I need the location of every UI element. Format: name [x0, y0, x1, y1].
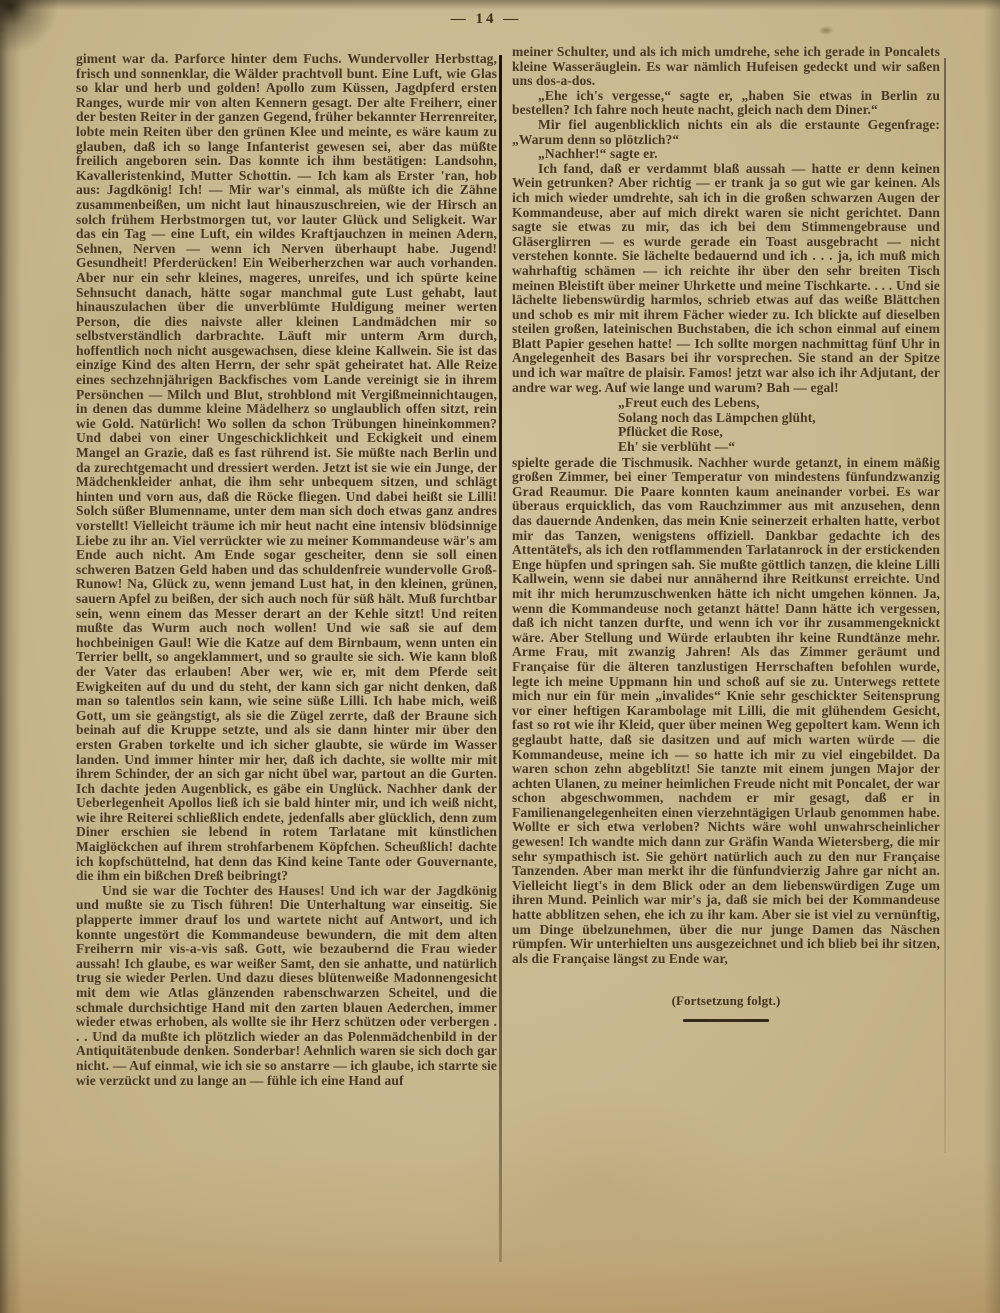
- verse-line: Pflücket die Rose,: [618, 425, 940, 440]
- paragraph: Und sie war die Tochter des Hauses! Und …: [76, 884, 497, 1088]
- page-edge-rule: [944, 58, 946, 1153]
- paragraph: Ich fand, daß er verdammt blaß aussah — …: [512, 162, 940, 396]
- text-column-right: meiner Schulter, und als ich mich umdreh…: [512, 45, 940, 1280]
- text-column-left: giment war da. Parforce hinter dem Fuchs…: [76, 52, 497, 1267]
- verse-line: Solang noch das Lämpchen glüht,: [618, 411, 940, 426]
- paragraph: „Nachher!“ sagte er.: [512, 147, 940, 162]
- paragraph: meiner Schulter, und als ich mich umdreh…: [512, 45, 940, 89]
- end-rule: [683, 1019, 769, 1022]
- paragraph: giment war da. Parforce hinter dem Fuchs…: [76, 52, 497, 884]
- verse-line: „Freut euch des Lebens,: [618, 396, 940, 411]
- continuation-notice: (Fortsetzung folgt.): [512, 994, 940, 1009]
- verse-line: Eh' sie verblüht —“: [618, 440, 940, 455]
- paragraph: Mir fiel augenblicklich nichts ein als d…: [512, 118, 940, 147]
- verse-block: „Freut euch des Lebens, Solang noch das …: [618, 396, 940, 454]
- paragraph: spielte gerade die Tischmusik. Nachher w…: [512, 456, 940, 967]
- page-number: — 14 —: [0, 11, 972, 28]
- column-divider-rule: [499, 55, 502, 1262]
- paragraph: „Ehe ich's vergesse,“ sagte er, „haben S…: [512, 89, 940, 118]
- scanned-page: { "header": { "page_number": "— 14 —" },…: [0, 0, 1000, 1313]
